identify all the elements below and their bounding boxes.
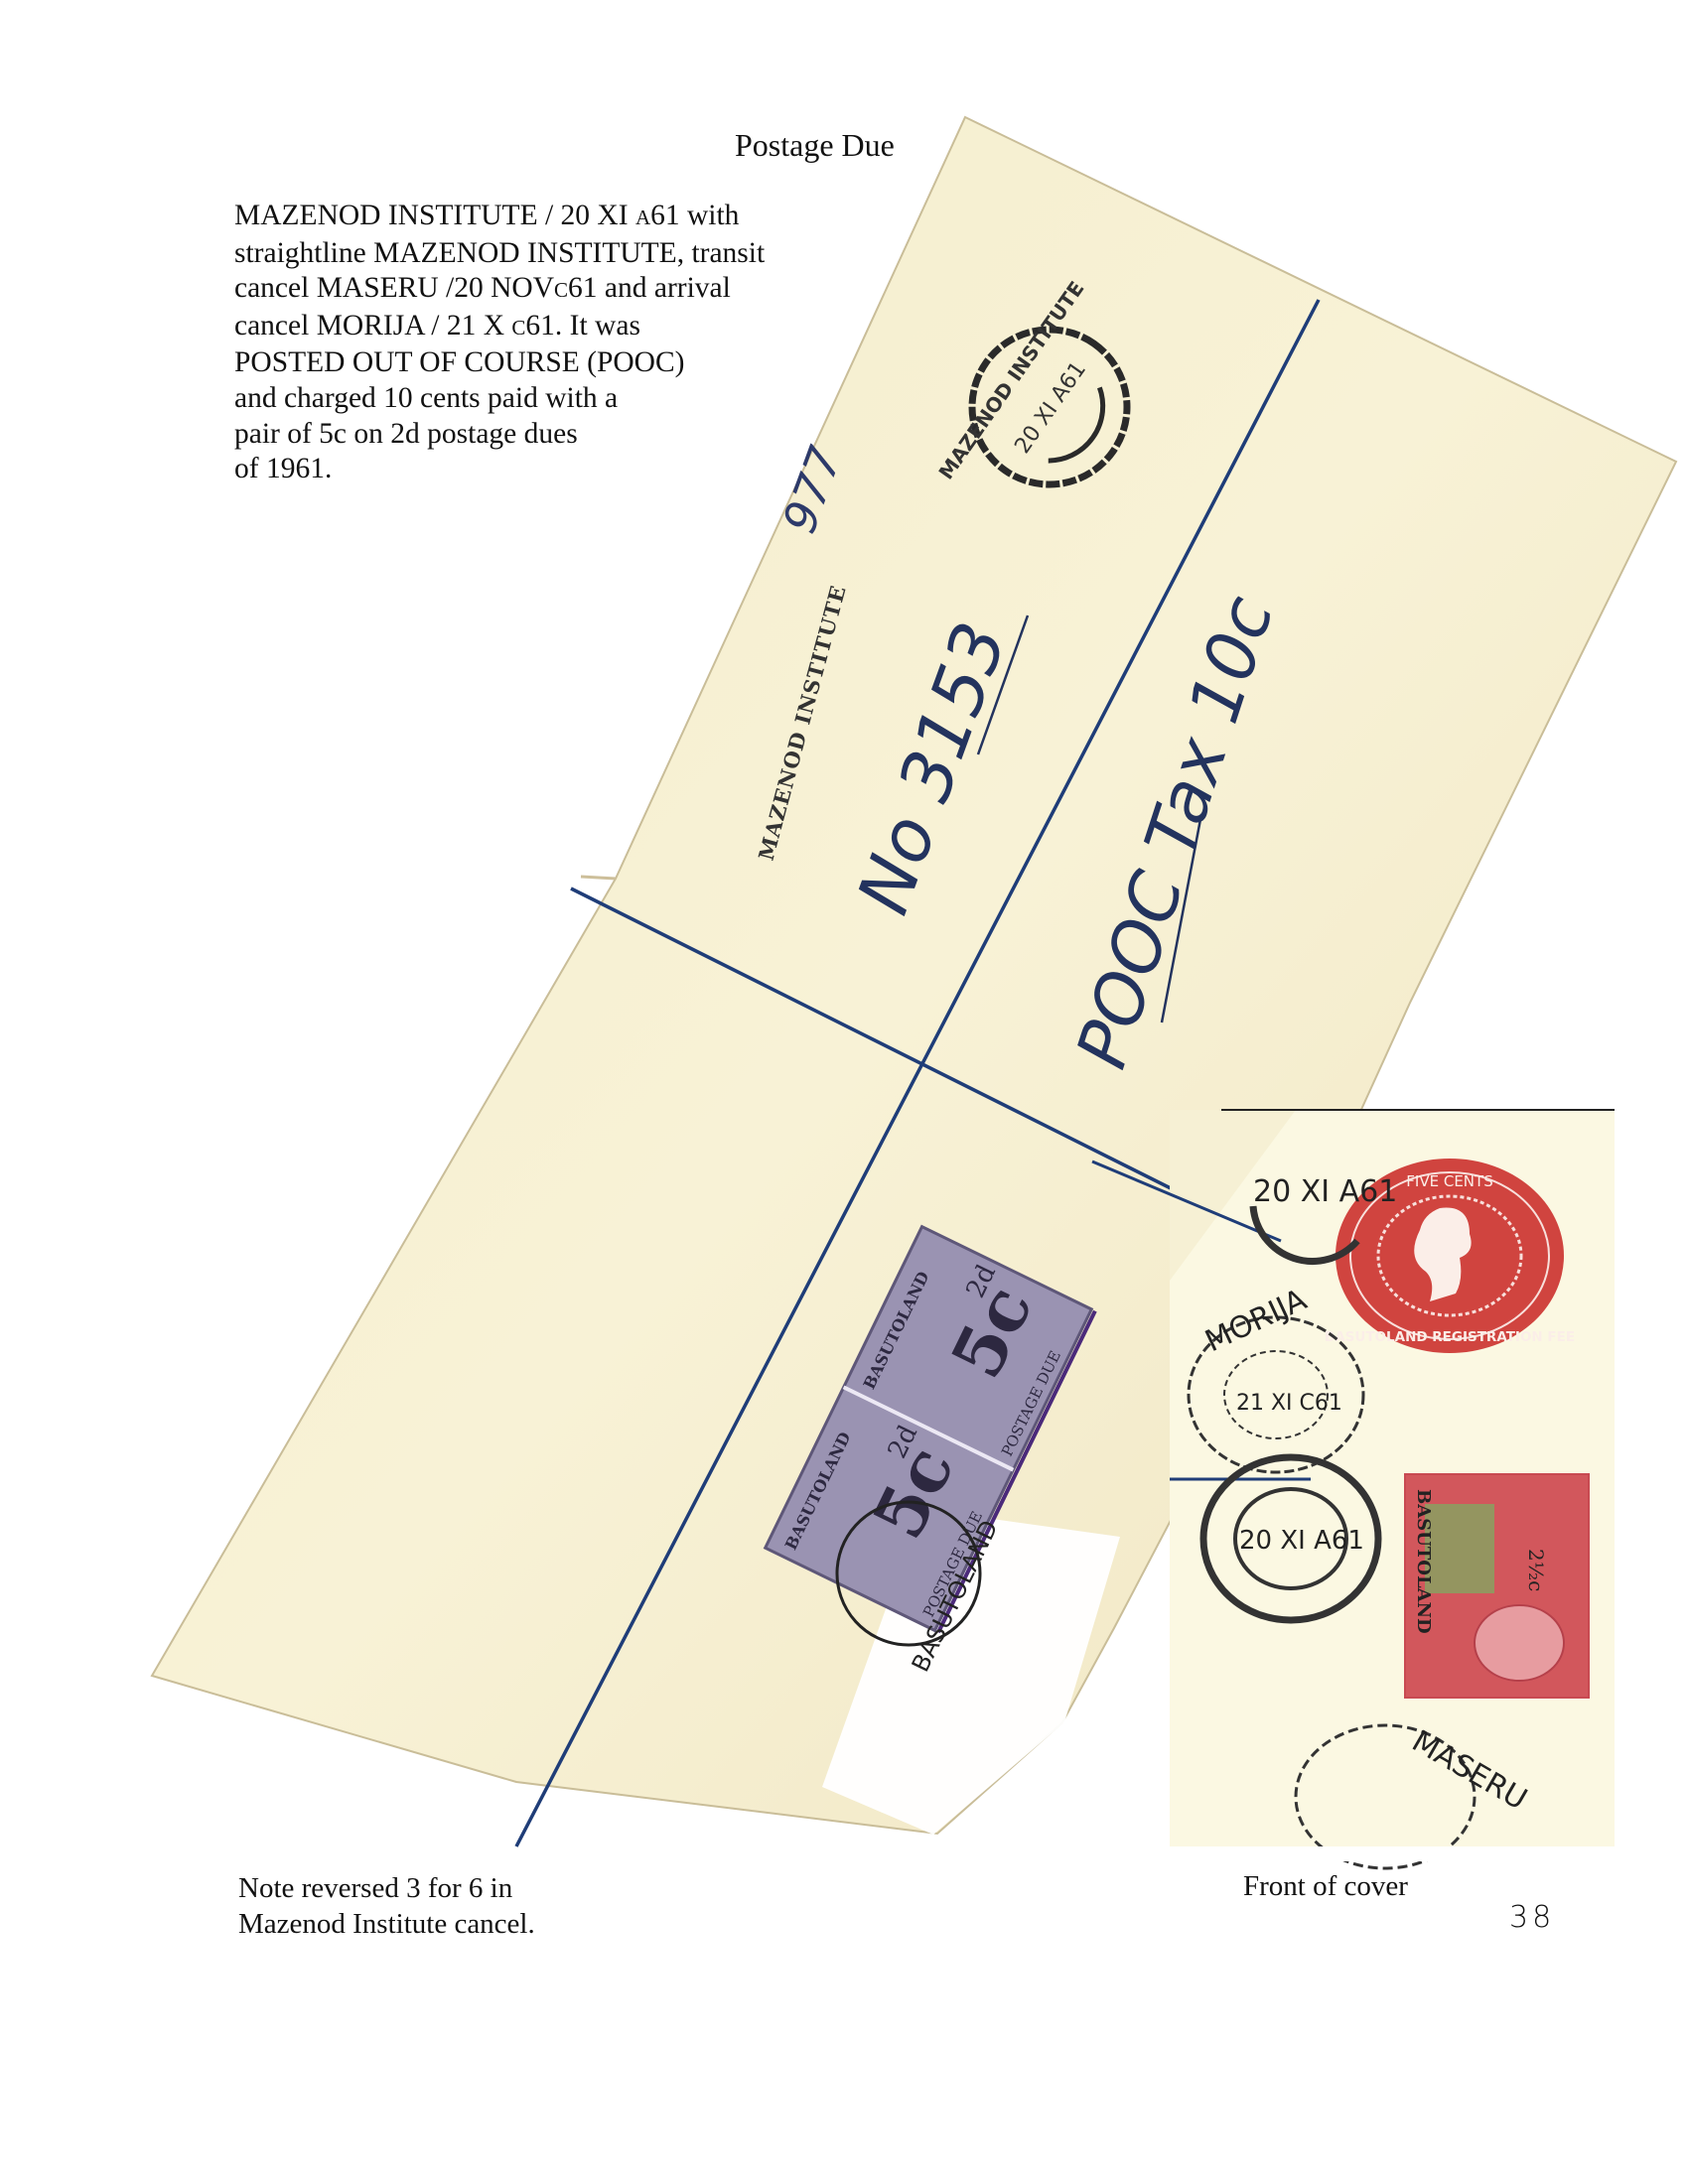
description-line: cancel MORIJA / 21 X C61. It was — [234, 309, 765, 346]
description-line: cancel MASERU /20 NOVC61 and arrival — [234, 271, 765, 309]
cancel-morija-date: 21 XI C61 — [1236, 1391, 1342, 1416]
description-line: of 1961. — [234, 452, 765, 487]
cover-description: MAZENOD INSTITUTE / 20 XI A61 with strai… — [234, 199, 765, 487]
description-line: MAZENOD INSTITUTE / 20 XI A61 with — [234, 199, 765, 236]
svg-text:FIVE CENTS: FIVE CENTS — [1406, 1172, 1492, 1190]
description-line: pair of 5c on 2d postage dues — [234, 417, 765, 453]
caption-front-of-cover: Front of cover — [1243, 1870, 1408, 1903]
svg-text:BASUTOLAND REGISTRATION FEE: BASUTOLAND REGISTRATION FEE — [1325, 1329, 1575, 1345]
caption-note-reversed: Note reversed 3 for 6 in Mazenod Institu… — [238, 1870, 535, 1942]
cancel-mazenod-lower-date: 20 XI A61 — [1239, 1526, 1364, 1556]
cancel-mazenod-date: 20 XI A61 — [1253, 1174, 1397, 1209]
caption-line: Mazenod Institute cancel. — [238, 1906, 535, 1942]
basutoland-2-5c-stamp: 2½c BASUTOLAND — [1405, 1474, 1589, 1698]
page-title: Postage Due — [735, 127, 895, 164]
page-number: 38 — [1509, 1900, 1555, 1935]
caption-line: Note reversed 3 for 6 in — [238, 1870, 535, 1906]
description-line: straightline MAZENOD INSTITUTE, transit — [234, 236, 765, 272]
svg-text:BASUTOLAND: BASUTOLAND — [1413, 1489, 1434, 1634]
svg-text:2½c: 2½c — [1524, 1549, 1548, 1591]
description-line: and charged 10 cents paid with a — [234, 381, 765, 417]
description-line: POSTED OUT OF COURSE (POOC) — [234, 345, 765, 381]
